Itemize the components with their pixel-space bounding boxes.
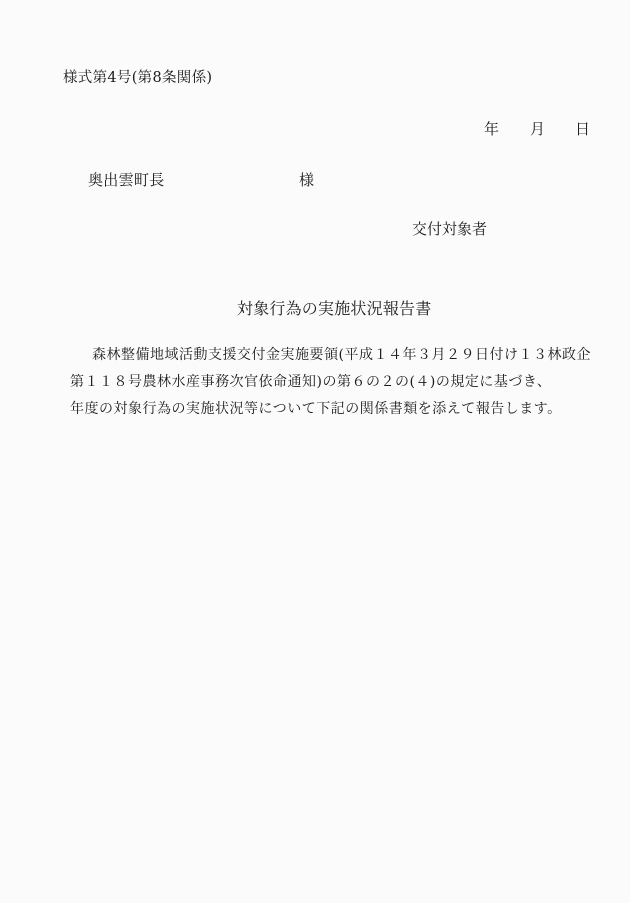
body-paragraph-line-1: 森林整備地域活動支援交付金実施要領(平成１４年３月２９日付け１３林政企 bbox=[70, 345, 591, 366]
document-title: 対象行為の実施状況報告書 bbox=[237, 296, 431, 319]
body-paragraph-line-2: 第１１８号農林水産事務次官依命通知)の第６の２の(４)の規定に基づき、 bbox=[70, 372, 551, 393]
date-day-label: 日 bbox=[575, 118, 590, 139]
body-paragraph-line-3: 年度の対象行為の実施状況等について下記の関係書類を添えて報告します。 bbox=[70, 399, 562, 420]
addressee-honorific: 様 bbox=[299, 169, 314, 190]
grant-recipient-label: 交付対象者 bbox=[412, 218, 487, 239]
date-month-label: 月 bbox=[530, 118, 545, 139]
date-year-label: 年 bbox=[484, 118, 499, 139]
form-number-label: 様式第4号(第8条関係) bbox=[63, 66, 212, 87]
addressee-name: 奥出雲町長 bbox=[88, 169, 165, 190]
document-page: 様式第4号(第8条関係) 年 月 日 奥出雲町長 様 交付対象者 対象行為の実施… bbox=[0, 0, 630, 903]
